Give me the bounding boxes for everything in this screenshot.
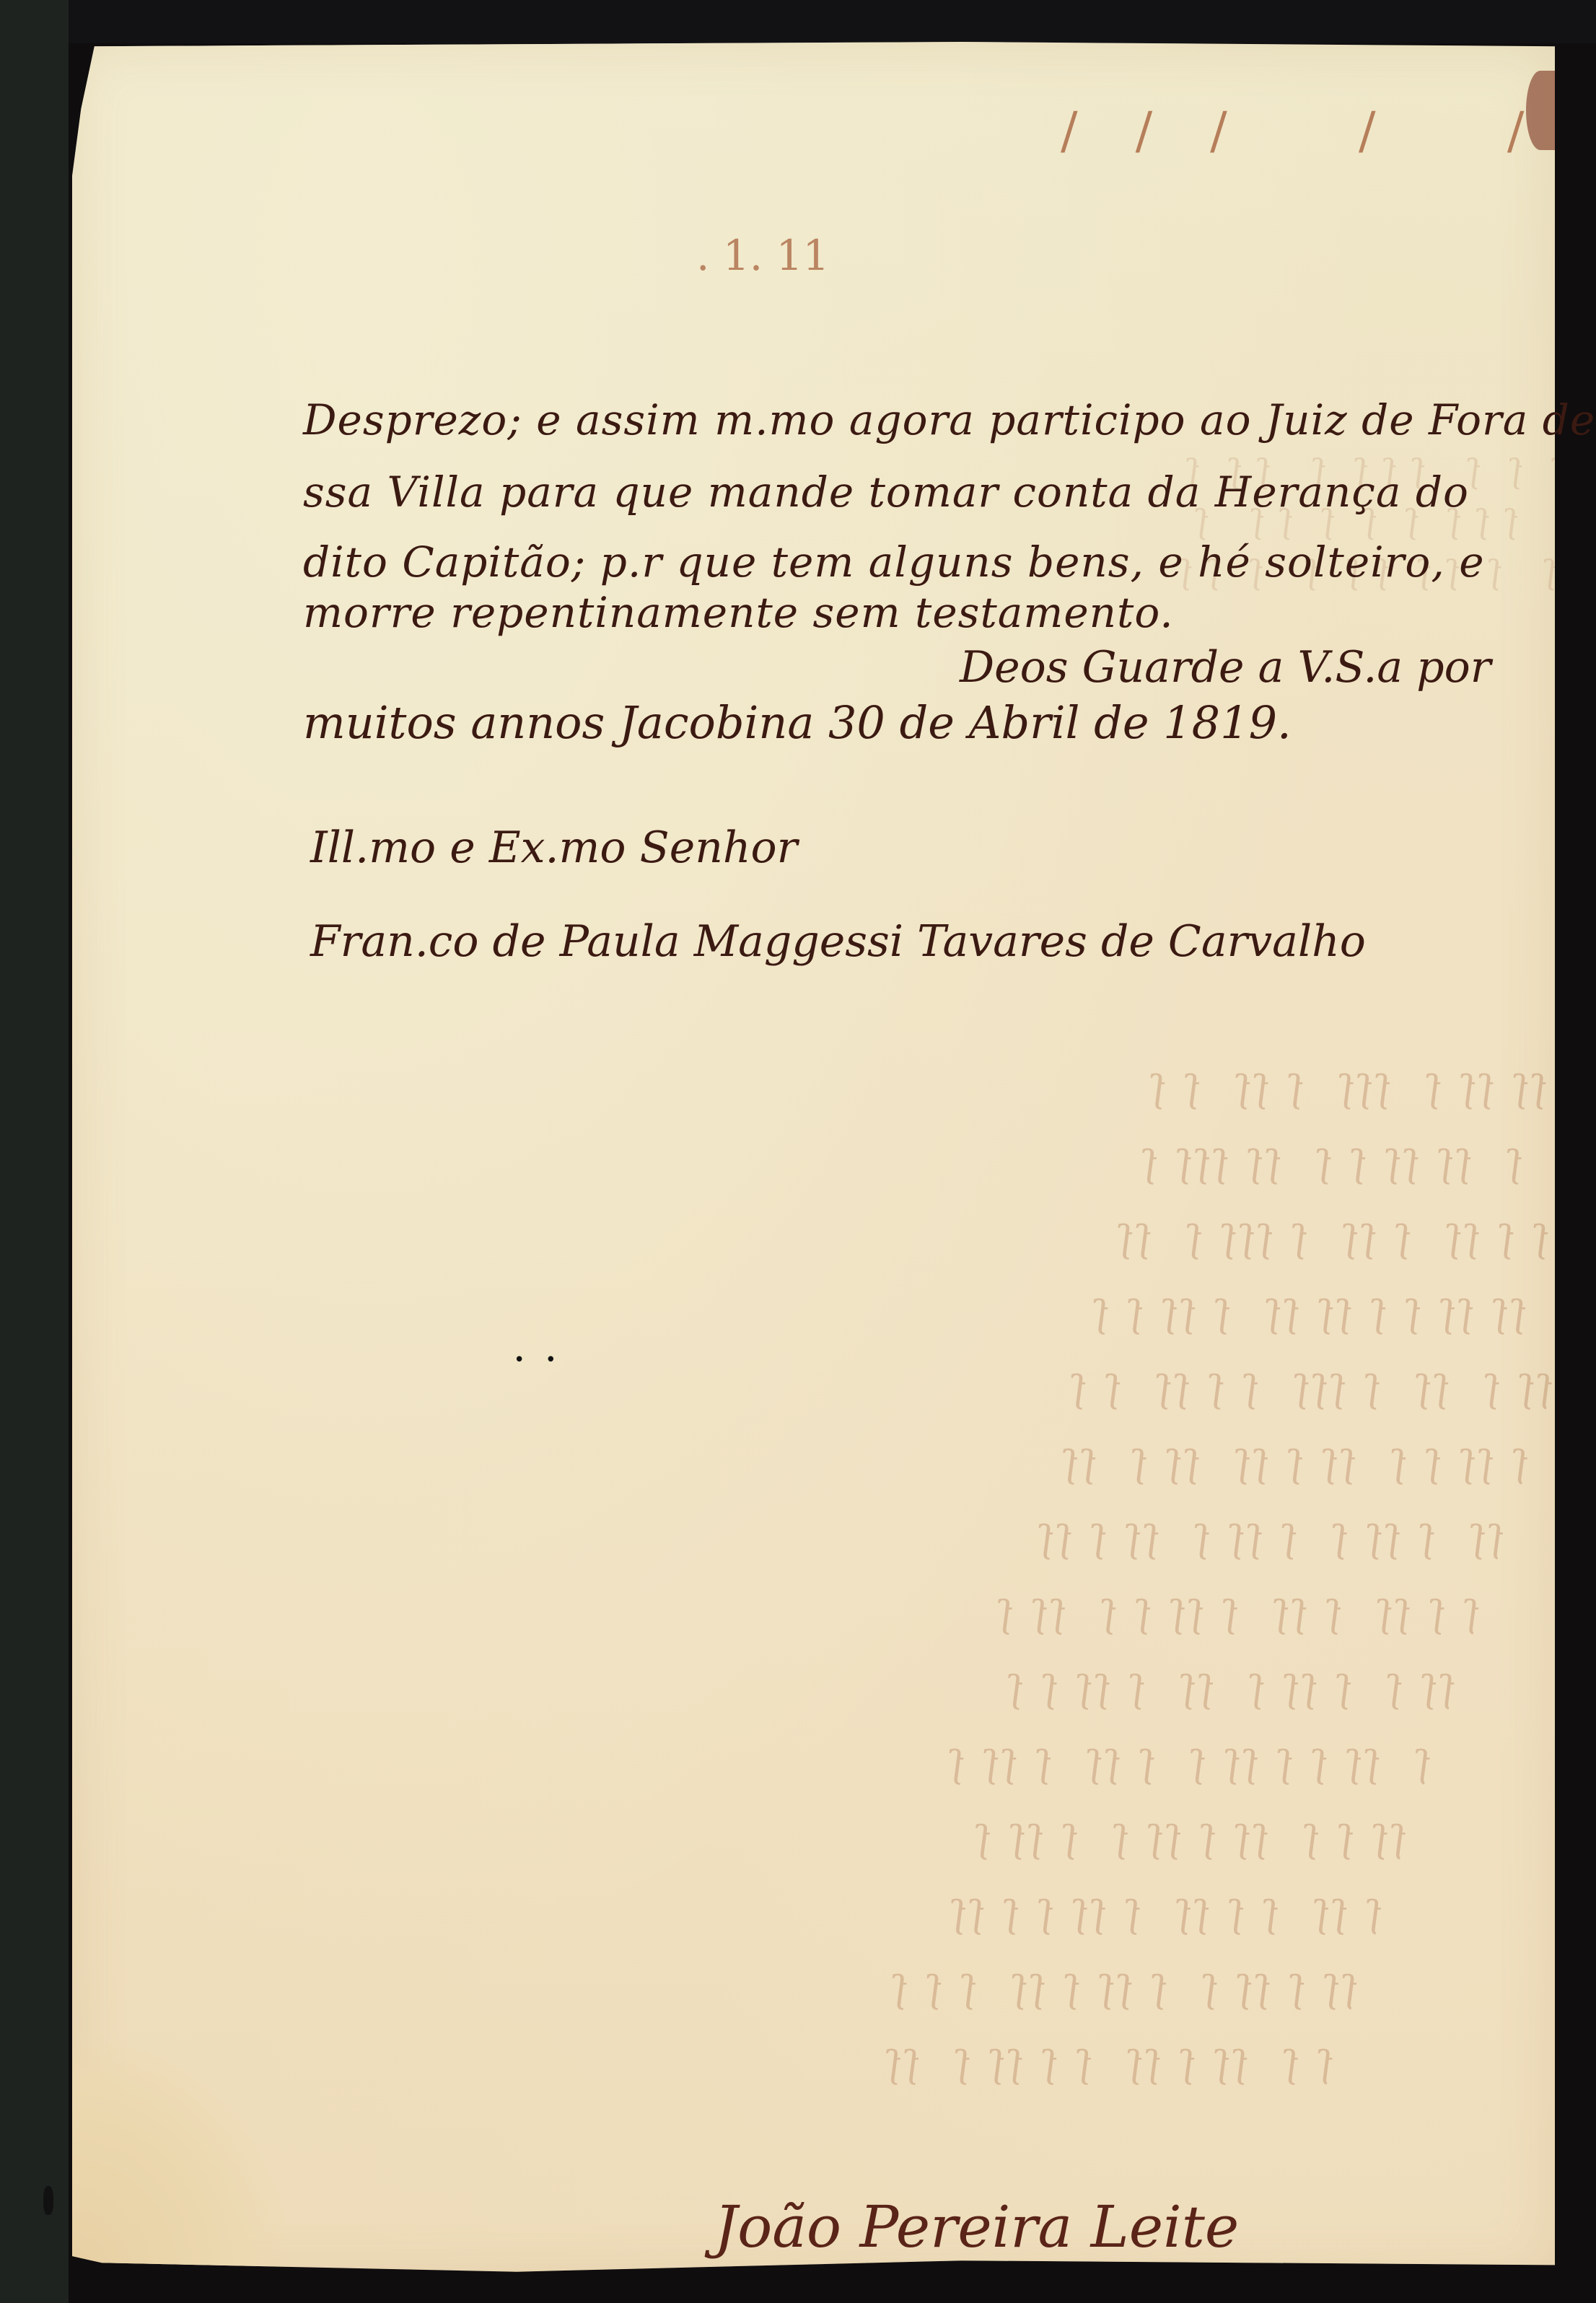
top-right-marks: /// / / — [1061, 101, 1582, 160]
mounting-board-left — [0, 0, 69, 2303]
body-line-2: ssa Villa para que mande tomar conta da … — [303, 468, 1469, 517]
paper-tear — [43, 2186, 53, 2215]
body-line-3: dito Capitão; p.r que tem alguns bens, e… — [303, 538, 1485, 587]
addressee-name: Fran.co de Paula Maggessi Tavares de Car… — [310, 916, 1366, 967]
ink-dots: • • — [514, 1349, 564, 1371]
manuscript-page: ʃ ſ ſ ſ ſ ſ ſ ſ ſ ſ ſ ſ ſ ſſ ſ ſ ſ ſ ſ ſ… — [72, 42, 1555, 2278]
body-line-1: Desprezo; e assim m.mo agora participo a… — [303, 395, 1596, 444]
signature: João Pereira Leite — [714, 2193, 1239, 2260]
addressee-title: Ill.mo e Ex.mo Senhor — [310, 822, 797, 873]
mounting-board-top — [69, 0, 1596, 43]
folio-number: . 1. 11 — [696, 231, 829, 280]
closing-date-line: muitos annos Jacobina 30 de Abril de 181… — [303, 696, 1292, 749]
bleed-through-text: ſſ ſ ſſ ſſ ſ ſſſ ſ ſſ ſ ſ ſ ſſ ſ ſſ ſſ ſ… — [84, 1052, 1596, 2134]
closing-salutation: Deos Guarde a V.S.a por — [960, 642, 1491, 693]
body-line-4: morre repentinamente sem testamento. — [303, 588, 1174, 637]
